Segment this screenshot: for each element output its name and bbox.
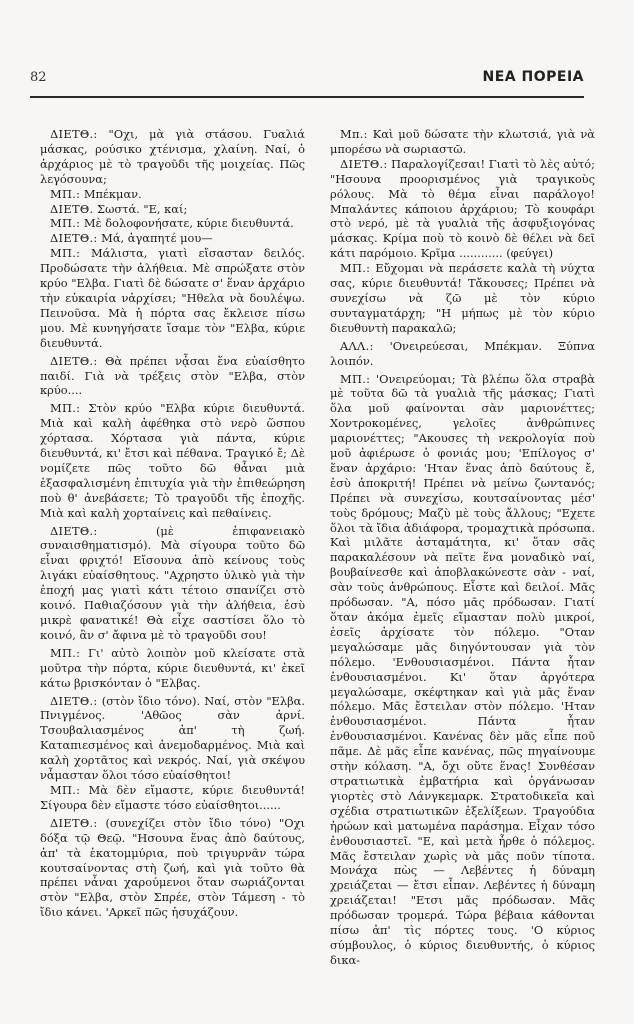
left-column: ΔΙΕΤΘ.: "Οχι, μὰ γιὰ στάσου. Γυαλιά μάσκ… xyxy=(40,127,305,923)
dialogue-paragraph: ΜΠ.: Μὰ δὲν εἴμαστε, κύριε διευθυντά! Σί… xyxy=(40,783,305,813)
dialogue-text: Μὰ δὲν εἴμαστε, κύριε διευθυντά! Σίγουρα… xyxy=(40,783,305,812)
dialogue-paragraph: ΜΠ.: Εὔχομαι νὰ περάσετε καλὰ τὴ νύχτα σ… xyxy=(330,261,595,336)
speaker-label: ΔΙΕΤΘ.: xyxy=(50,694,98,708)
speaker-label: ΜΠ.: xyxy=(340,261,370,275)
dialogue-paragraph: Μπ.: Καὶ μοῦ δώσατε τὴν κλωτσιά, γιὰ νὰ … xyxy=(330,127,595,157)
dialogue-paragraph: ΜΠ.: Στὸν κρύο "Ελβα κύριε διευθυντά. Μι… xyxy=(40,401,305,520)
dialogue-text: (συνεχίζει στὸν ἴδιο τόνο) "Οχι δόξα τῷ … xyxy=(40,816,305,919)
speaker-label: ΜΠ.: xyxy=(340,372,370,386)
speaker-label: ΜΠ.: xyxy=(50,216,80,230)
speaker-label: ΑΛΛ.: xyxy=(340,339,374,353)
page-header: 82 ΝΕΑ ΠΟΡΕΙΑ xyxy=(30,70,584,90)
speaker-label: ΔΙΕΤΘ.: xyxy=(50,354,98,368)
speaker-label: ΜΠ.: xyxy=(50,187,80,201)
speaker-label: ΔΙΕΤΘ.: xyxy=(50,524,98,538)
dialogue-text: Μά, ἀγαπητέ μου— xyxy=(98,231,213,245)
dialogue-paragraph: ΔΙΕΤΘ. Σωστά. "Ε, καί; xyxy=(40,202,305,217)
dialogue-text: Εὔχομαι νὰ περάσετε καλὰ τὴ νύχτα σας, κ… xyxy=(330,261,595,335)
dialogue-paragraph: ΔΙΕΤΘ.: Μά, ἀγαπητέ μου— xyxy=(40,231,305,246)
dialogue-paragraph: ΔΙΕΤΘ.: (στὸν ἴδιο τόνο). Ναί, στὸν "Ελβ… xyxy=(40,694,305,783)
dialogue-text: Μάλιστα, γιατὶ εἴσασταν δειλός. Προδώσατ… xyxy=(40,246,305,349)
header-rule xyxy=(30,96,584,98)
dialogue-text: Παραλογίζεσαι! Γιατὶ τὸ λὲς αὐτό; "Ησουν… xyxy=(330,157,595,260)
dialogue-text: Γι' αὐτὸ λοιπὸν μοῦ κλείσατε στὰ μοῦτρα … xyxy=(40,646,305,690)
speaker-label: ΜΠ.: xyxy=(50,401,80,415)
dialogue-paragraph: ΔΙΕΤΘ.: (συνεχίζει στὸν ἴδιο τόνο) "Οχι … xyxy=(40,816,305,920)
speaker-label: ΔΙΕΤΘ.: xyxy=(50,231,98,245)
dialogue-text: Καὶ μοῦ δώσατε τὴν κλωτσιά, γιὰ νὰ μπορέ… xyxy=(330,127,595,156)
dialogue-paragraph: ΔΙΕΤΘ.: "Οχι, μὰ γιὰ στάσου. Γυαλιά μάσκ… xyxy=(40,127,305,187)
page-number: 82 xyxy=(30,70,47,85)
dialogue-paragraph: ΜΠ.: 'Ονειρεύομαι; Τὰ βλέπω ὅλα στραβὰ μ… xyxy=(330,372,595,968)
right-column: Μπ.: Καὶ μοῦ δώσατε τὴν κλωτσιά, γιὰ νὰ … xyxy=(330,127,595,971)
dialogue-paragraph: ΜΠ.: Γι' αὐτὸ λοιπὸν μοῦ κλείσατε στὰ μο… xyxy=(40,646,305,691)
dialogue-paragraph: ΔΙΕΤΘ.: Παραλογίζεσαι! Γιατὶ τὸ λὲς αὐτό… xyxy=(330,157,595,261)
dialogue-text: Σωστά. "Ε, καί; xyxy=(93,202,187,216)
journal-title: ΝΕΑ ΠΟΡΕΙΑ xyxy=(483,69,584,85)
speaker-label: ΔΙΕΤΘ.: xyxy=(50,127,98,141)
dialogue-paragraph: ΔΙΕΤΘ.: Θὰ πρέπει νᾆσαι ἕνα εὐαίσθητο πα… xyxy=(40,354,305,399)
speaker-label: ΜΠ.: xyxy=(50,246,80,260)
dialogue-paragraph: ΜΠ.: Μάλιστα, γιατὶ εἴσασταν δειλός. Προ… xyxy=(40,246,305,350)
dialogue-paragraph: ΜΠ.: Μὲ δολοφονήσατε, κύριε διευθυντά. xyxy=(40,216,305,231)
dialogue-paragraph: ΜΠ.: Μπέκμαν. xyxy=(40,187,305,202)
speaker-label: ΔΙΕΤΘ.: xyxy=(340,157,388,171)
dialogue-text: 'Ονειρεύομαι; Τὰ βλέπω ὅλα στραβὰ μὲ τοῦ… xyxy=(330,372,595,967)
speaker-label: Μπ.: xyxy=(340,127,368,141)
dialogue-text: (μὲ ἐπιφανειακὸ συναισθηματισμό). Μὰ σίγ… xyxy=(40,524,305,642)
dialogue-text: Μὲ δολοφονήσατε, κύριε διευθυντά. xyxy=(80,216,294,230)
dialogue-paragraph: ΔΙΕΤΘ.: (μὲ ἐπιφανειακὸ συναισθηματισμό)… xyxy=(40,524,305,643)
dialogue-paragraph: ΑΛΛ.: 'Ονειρεύεσαι, Μπέκμαν. Ξύπνα λοιπό… xyxy=(330,339,595,369)
speaker-label: ΔΙΕΤΘ. xyxy=(50,202,93,216)
speaker-label: ΜΠ.: xyxy=(50,783,80,797)
dialogue-text: Μπέκμαν. xyxy=(80,187,141,201)
dialogue-text: Στὸν κρύο "Ελβα κύριε διευθυντά. Μιὰ καὶ… xyxy=(40,401,305,519)
speaker-label: ΜΠ.: xyxy=(50,646,80,660)
speaker-label: ΔΙΕΤΘ.: xyxy=(50,816,98,830)
